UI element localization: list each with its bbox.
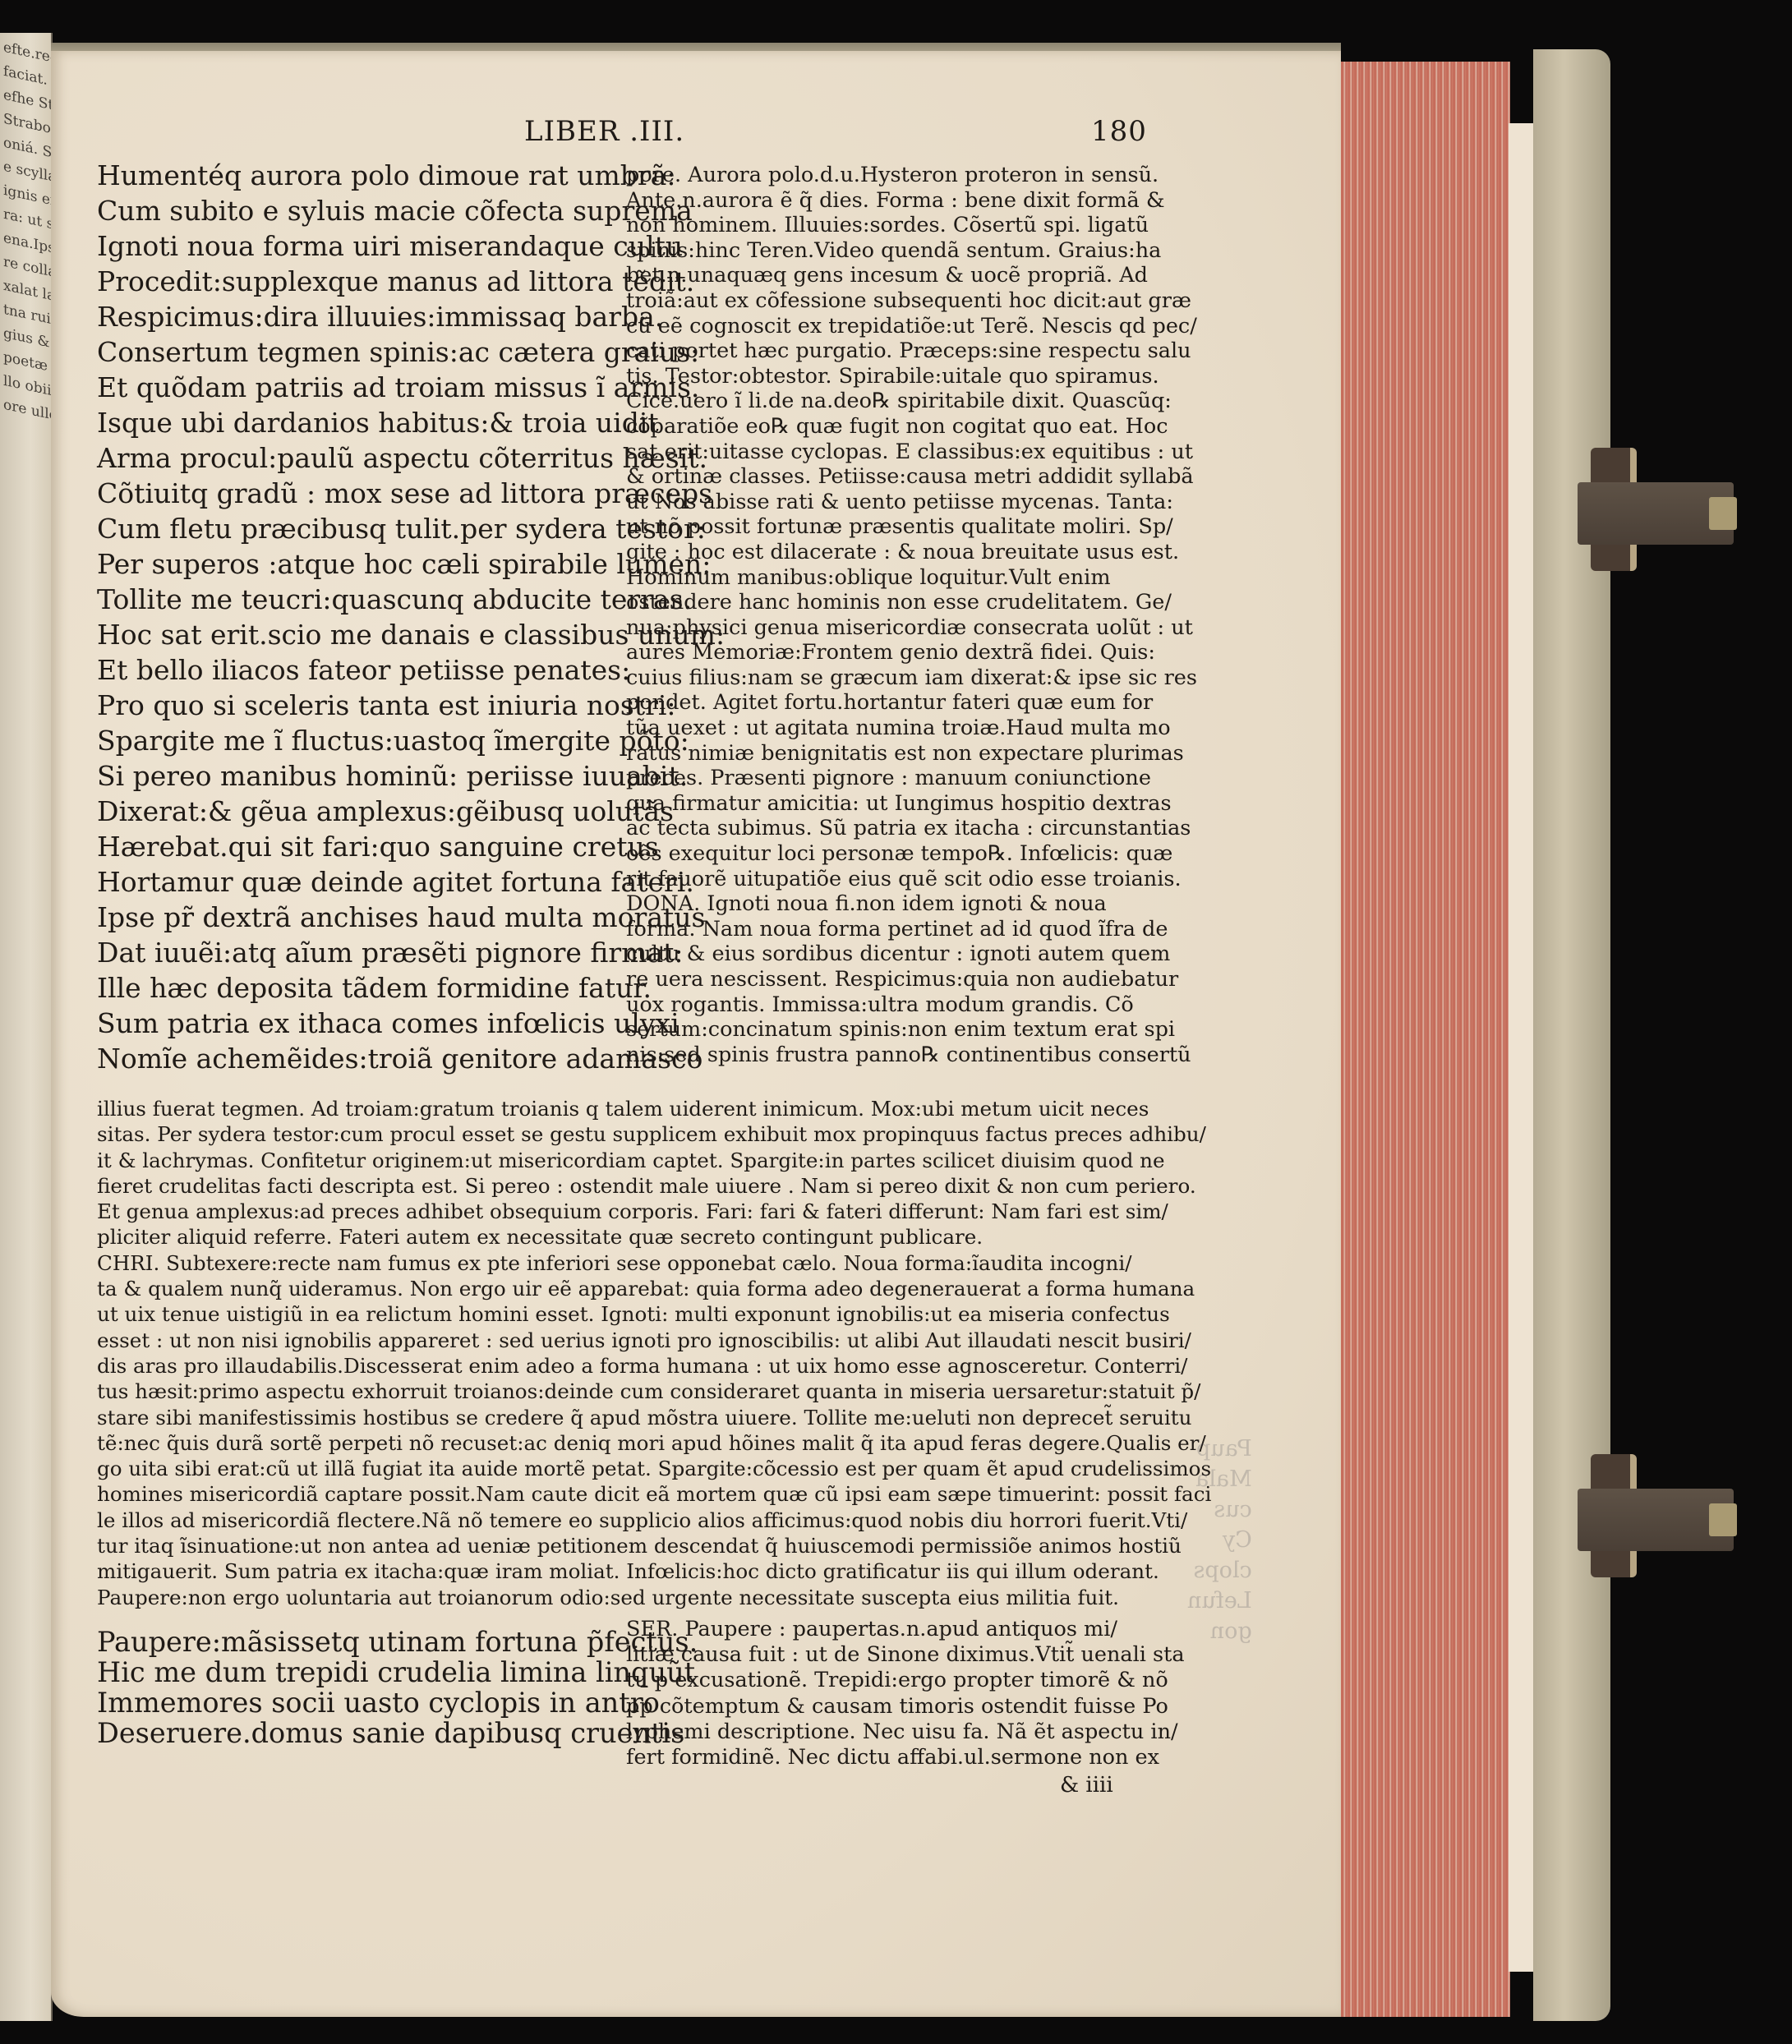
commentary-line: cuius filius:nam se græcum iam dixerat:&…: [626, 665, 1168, 691]
verse-line: Hærebat.qui sit fari:quo sanguine cretus: [97, 829, 623, 864]
verse-line: Consertum tegmen spinis:ac cætera graius…: [97, 334, 623, 370]
commentary-line: tur itaq ĩsinuatione:ut non antea ad uen…: [97, 1533, 1169, 1558]
verse-line: Per superos :atque hoc cæli spirabile lu…: [97, 546, 623, 582]
commentary-line: gite : hoc est dilacerate : & noua breui…: [626, 540, 1168, 565]
commentary-column: pore. Aurora polo.d.u.Hysteron proteron …: [626, 163, 1168, 1067]
show-through-line: Cy: [1187, 1525, 1252, 1555]
commentary-line: tus hæsit:primo aspectu exhorruit troian…: [97, 1379, 1169, 1404]
commentary-line: nis:sed spinis frustra panno℞ continenti…: [626, 1043, 1168, 1068]
verse-line: Hic me dum trepidi crudelia limina linqu…: [97, 1657, 623, 1687]
commentary-line: aures Memoriæ:Frontem genio dextrã fidei…: [626, 640, 1168, 665]
clasp-buckle-icon: [1709, 1503, 1737, 1536]
commentary-line: le illos ad misericordiã flectere.Nã nõ …: [97, 1508, 1169, 1533]
commentary-line: fert formidinẽ. Nec dictu affabi.ul.serm…: [626, 1745, 1168, 1770]
verse-line: Tollite me teucri:quascunq abducite terr…: [97, 582, 623, 617]
verse-line: Ignoti noua forma uiri miserandaque cult…: [97, 228, 623, 264]
show-through-text: PaupMalacusCyclopsLefungon: [1187, 1434, 1252, 1646]
commentary-line: tis. Testor:obtestor. Spirabile:uitale q…: [626, 364, 1168, 389]
commentary-line: Cice.uero ĩ li.de na.deo℞ spiritabile di…: [626, 389, 1168, 414]
signature-mark: & iiii: [1060, 1773, 1113, 1798]
verse-column: Humentéq aurora polo dimoue rat umbrã:Cu…: [97, 158, 623, 1076]
commentary-line: DONA. Ignoti noua fi.non idem ignoti & n…: [626, 891, 1168, 917]
commentary-line: sat erit:uitasse cyclopas. E classibus:e…: [626, 440, 1168, 465]
red-fore-edge: [1341, 62, 1510, 2017]
commentary-line: Ante.n.aurora ẽ q̃ dies. Forma : bene di…: [626, 188, 1168, 214]
left-page-text: efte.recte induxitfaciat.efhe Stra.q pri…: [3, 36, 53, 428]
commentary-line: cũ eẽ cognoscit ex trepidatiõe:ut Terẽ. …: [626, 314, 1168, 339]
commentary-line: qua firmatur amicitia: ut Iungimus hospi…: [626, 791, 1168, 817]
commentary-line: bet.n.unaquæq gens incesum & uocẽ propri…: [626, 263, 1168, 288]
commentary-line: homines misericordiã captare possit.Nam …: [97, 1481, 1169, 1507]
commentary-line: nua:physici genua misericordiæ consecrat…: [626, 615, 1168, 641]
commentary-line: ac tecta subimus. Sũ patria ex itacha : …: [626, 816, 1168, 841]
verse-line: Spargite me ĩ fluctus:uastoq ĩmergite põ…: [97, 723, 623, 758]
verse-line: Nomĩe achemẽides:troiã genitore adamasco: [97, 1041, 623, 1076]
verse-line: Dixerat:& gẽua amplexus:gẽibusq uolutãs: [97, 794, 623, 829]
commentary-line: Et genua amplexus:ad preces adhibet obse…: [97, 1199, 1169, 1224]
commentary-line: rit fauorẽ uitupatiõe eius quẽ scit odio…: [626, 867, 1168, 892]
verse-line: Cõtiuitq gradũ : mox sese ad littora præ…: [97, 476, 623, 511]
show-through-line: Lefun: [1187, 1586, 1252, 1616]
commentary-line: tũa uexet : ut agitata numina troiæ.Haud…: [626, 716, 1168, 741]
verse-line: Sum patria ex ithaca comes infœlicis uly…: [97, 1006, 623, 1041]
commentary-line: spinis:hinc Teren.Video quendã sentum. G…: [626, 238, 1168, 264]
commentary-line: ut uix tenue uistigiũ in ea relictum hom…: [97, 1301, 1169, 1327]
commentary-line: pore. Aurora polo.d.u.Hysteron proteron …: [626, 163, 1168, 188]
clasp-lower: [1578, 1471, 1742, 1541]
verse-line: Deseruere.domus sanie dapibusq cruentis: [97, 1718, 623, 1748]
commentary-line: re uera nescissent. Respicimus:quia non …: [626, 967, 1168, 992]
verse-line: Ille hæc deposita tãdem formidine fatur.: [97, 970, 623, 1006]
running-head-title: LIBER .III.: [524, 115, 684, 148]
verse-line: Paupere:mãsissetq utinam fortuna p̃fectu…: [97, 1627, 623, 1657]
commentary-line: SER. Paupere : paupertas.n.apud antiquos…: [626, 1617, 1168, 1642]
verse-line: Isque ubi dardanios habitus:& troia uidi…: [97, 405, 623, 440]
commentary-line: esset : ut non nisi ignobilis appareret …: [97, 1328, 1169, 1353]
vellum-binding: [1533, 49, 1610, 2021]
clasp-buckle-icon: [1709, 497, 1737, 530]
commentary-line: stare sibi manifestissimis hostibus se c…: [97, 1405, 1169, 1430]
show-through-line: Mala: [1187, 1464, 1252, 1494]
verse-line: Humentéq aurora polo dimoue rat umbrã:: [97, 158, 623, 193]
verse-line: Procedit:supplexque manus ad littora tẽd…: [97, 264, 623, 299]
show-through-line: clops: [1187, 1555, 1252, 1586]
commentary-line: ratus nimiæ benignitatis est non expecta…: [626, 741, 1168, 766]
show-through-line: cus: [1187, 1494, 1252, 1525]
commentary-line: cõparatiõe eo℞ quæ fugit non cogitat quo…: [626, 414, 1168, 440]
verse-column-bottom: Paupere:mãsissetq utinam fortuna p̃fectu…: [97, 1627, 623, 1748]
verse-line: Immemores socii uasto cyclopis in antro: [97, 1687, 623, 1718]
commentary-line: pondet. Agitet fortu.hortantur fateri qu…: [626, 690, 1168, 716]
show-through-line: gon: [1187, 1616, 1252, 1646]
commentary-column-bottom: SER. Paupere : paupertas.n.apud antiquos…: [626, 1617, 1168, 1770]
commentary-line: ut nõ possit fortunæ præsentis qualitate…: [626, 514, 1168, 540]
verse-line: Hoc sat erit.scio me danais e classibus …: [97, 617, 623, 652]
verse-line: Cum fletu præcibusq tulit.per sydera tes…: [97, 511, 623, 546]
commentary-line: & ortinæ classes. Petiisse:causa metri a…: [626, 464, 1168, 490]
show-through-line: Paup: [1187, 1434, 1252, 1464]
verse-line: Hortamur quæ deinde agitet fortuna fater…: [97, 864, 623, 900]
commentary-line: ta & qualem nunq̃ uideramus. Non ergo ui…: [97, 1276, 1169, 1301]
commentary-line: forma. Nam noua forma pertinet ad id quo…: [626, 917, 1168, 942]
verse-line: Dat iuuẽi:atq aĩum præsẽti pignore firma…: [97, 935, 623, 970]
commentary-line: CHRI. Subtexere:recte nam fumus ex pte i…: [97, 1250, 1169, 1276]
commentary-line: tẽ:nec q̃uis durã sortẽ perpeti nõ recus…: [97, 1430, 1169, 1456]
commentary-line: tu p excusationẽ. Trepidi:ergo propter t…: [626, 1668, 1168, 1693]
commentary-line: troiã:aut ex cõfessione subsequenti hoc …: [626, 288, 1168, 314]
commentary-line: pliciter aliquid referre. Fateri autem e…: [97, 1224, 1169, 1250]
commentary-line: Paupere:non ergo uoluntaria aut troianor…: [97, 1585, 1169, 1610]
commentary-line: uox rogantis. Immissa:ultra modum grandi…: [626, 992, 1168, 1018]
commentary-line: ut Nos abisse rati & uento petiisse myce…: [626, 490, 1168, 515]
page-block-edge: [1509, 123, 1533, 1972]
commentary-line: fieret crudelitas facti descripta est. S…: [97, 1173, 1169, 1199]
commentary-line: illius fuerat tegmen. Ad troiam:gratum t…: [97, 1096, 1169, 1121]
commentary-line: pp cõtemptum & causam timoris ostendit f…: [626, 1694, 1168, 1719]
verse-line: Si pereo manibus hominũ: periisse iuuabi…: [97, 758, 623, 794]
verse-line: Et bello iliacos fateor petiisse penates…: [97, 652, 623, 688]
commentary-line: cultu & eius sordibus dicentur : ignoti …: [626, 941, 1168, 967]
verse-line: Respicimus:dira illuuies:immissaq barba.: [97, 299, 623, 334]
clasp-upper: [1578, 464, 1742, 535]
commentary-full-width: illius fuerat tegmen. Ad troiam:gratum t…: [97, 1096, 1169, 1610]
commentary-line: ostendere hanc hominis non esse crudelit…: [626, 590, 1168, 615]
commentary-line: preces. Præsenti pignore : manuum coniun…: [626, 766, 1168, 791]
facing-left-page: efte.recte induxitfaciat.efhe Stra.q pri…: [0, 33, 53, 2021]
commentary-line: Hominum manibus:oblique loquitur.Vult en…: [626, 565, 1168, 591]
commentary-line: cati portet hæc purgatio. Præceps:sine r…: [626, 338, 1168, 364]
verse-line: Arma procul:paulũ aspectu cõterritus hæs…: [97, 440, 623, 476]
verse-line: Et quõdam patriis ad troiam missus ĩ arm…: [97, 370, 623, 405]
verse-line: Cum subito e syluis macie cõfecta suprem…: [97, 193, 623, 228]
commentary-line: non hominem. Illuuies:sordes. Cõsertũ sp…: [626, 213, 1168, 238]
verse-line: Ipse pr̃ dextrã anchises haud multa mora…: [97, 900, 623, 935]
commentary-line: mitigauerit. Sum patria ex itacha:quæ ir…: [97, 1558, 1169, 1584]
commentary-line: dis aras pro illaudabilis.Discesserat en…: [97, 1353, 1169, 1379]
commentary-line: sitas. Per sydera testor:cum procul esse…: [97, 1121, 1169, 1147]
verse-line: Pro quo si sceleris tanta est iniuria no…: [97, 688, 623, 723]
commentary-line: litiæ causa fuit : ut de Sinone diximus.…: [626, 1642, 1168, 1668]
commentary-line: it & lachrymas. Confitetur originem:ut m…: [97, 1148, 1169, 1173]
folio-number: 180: [1091, 115, 1147, 148]
commentary-line: oẽs exequitur loci personæ tempo℞. Infœl…: [626, 841, 1168, 867]
commentary-line: lyphemi descriptione. Nec uisu fa. Nã ẽt…: [626, 1719, 1168, 1745]
commentary-line: go uita sibi erat:cũ ut illã fugiat ita …: [97, 1456, 1169, 1481]
commentary-line: sertum:concinatum spinis:non enim textum…: [626, 1017, 1168, 1043]
